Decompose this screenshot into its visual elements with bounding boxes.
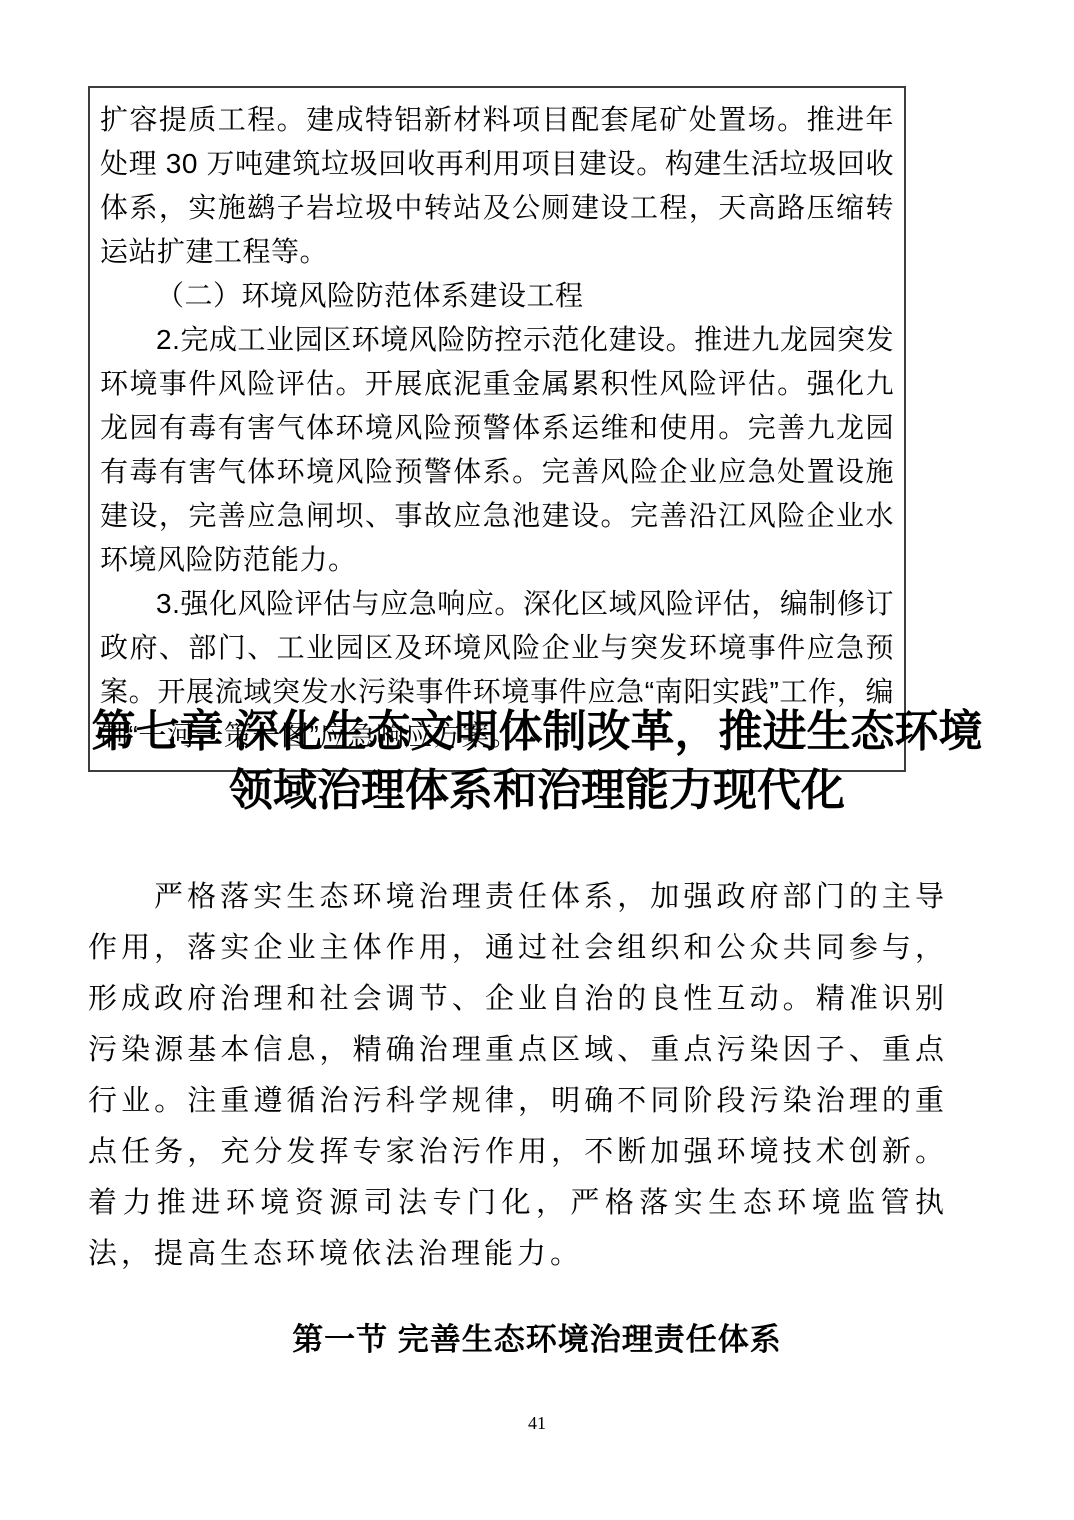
box-paragraph-item-2: 2.完成工业园区环境风险防控示范化建设。推进九龙园突发环境事件风险评估。开展底泥… [100, 318, 894, 582]
project-list-box: 扩容提质工程。建成特铝新材料项目配套尾矿处置场。推进年处理 30 万吨建筑垃圾回… [88, 86, 906, 772]
box-paragraph-continuation: 扩容提质工程。建成特铝新材料项目配套尾矿处置场。推进年处理 30 万吨建筑垃圾回… [100, 98, 894, 274]
document-page: 扩容提质工程。建成特铝新材料项目配套尾矿处置场。推进年处理 30 万吨建筑垃圾回… [0, 0, 1074, 1520]
page-number: 41 [0, 1412, 1074, 1434]
chapter-heading: 第七章 深化生态文明体制改革，推进生态环境领域治理体系和治理能力现代化 [81, 702, 993, 820]
box-subheading-2: （二）环境风险防范体系建设工程 [100, 274, 894, 318]
section-heading: 第一节 完善生态环境治理责任体系 [0, 1320, 1074, 1360]
body-paragraph: 严格落实生态环境治理责任体系，加强政府部门的主导作用，落实企业主体作用，通过社会… [88, 872, 948, 1280]
